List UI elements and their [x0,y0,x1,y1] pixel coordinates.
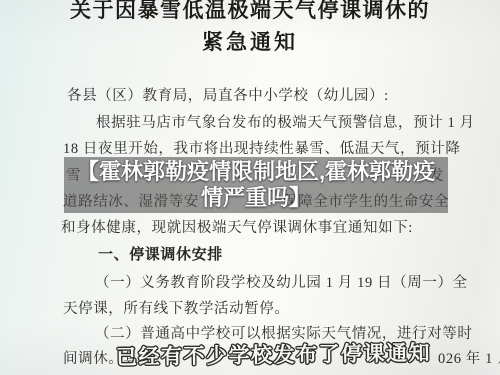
item2-line2-right-fragment: 026 年 1 月 [438,347,500,368]
paragraph1-line1: 根据驻马店市气象台发布的极端天气预警信息，预计 1 月 [96,111,475,132]
item1-line2: 天停课，所有线下教学活动暂停。 [63,297,290,318]
document-photo: 关于因暴雪低温极端天气停课调休的 紧急通知 各县（区）教育局，局直各中小学校（幼… [0,0,500,375]
section-heading: 一、停课调休安排 [98,243,223,264]
item1-line1: （一）义务教育阶段学校及幼儿园 1 月 19 日（周一）全 [95,271,468,292]
notice-salutation: 各县（区）教育局，局直各中小学校（幼儿园）: [67,84,389,105]
notice-title-line2: 紧急通知 [0,26,500,56]
caption-overlay-band: 【霍林郭勒疫情限制地区,霍林郭勒疫 情严重吗】 [64,157,448,213]
caption-line2: 情严重吗】 [201,185,311,211]
notice-title-line1: 关于因暴雪低温极端天气停课调休的 [0,0,500,24]
outlined-watermark-text: 已经有不少学校发布了停课通知 [116,337,431,371]
paragraph1-line5: 和身体健康，现就因极端天气停课调休事宜通知如下: [61,216,413,237]
paragraph1-line2: 18 日夜里开始，我市将出现持续性暴雪、低温天气，预计降 [63,137,460,158]
caption-line1: 【霍林郭勒疫情限制地区,霍林郭勒疫 [77,159,435,185]
